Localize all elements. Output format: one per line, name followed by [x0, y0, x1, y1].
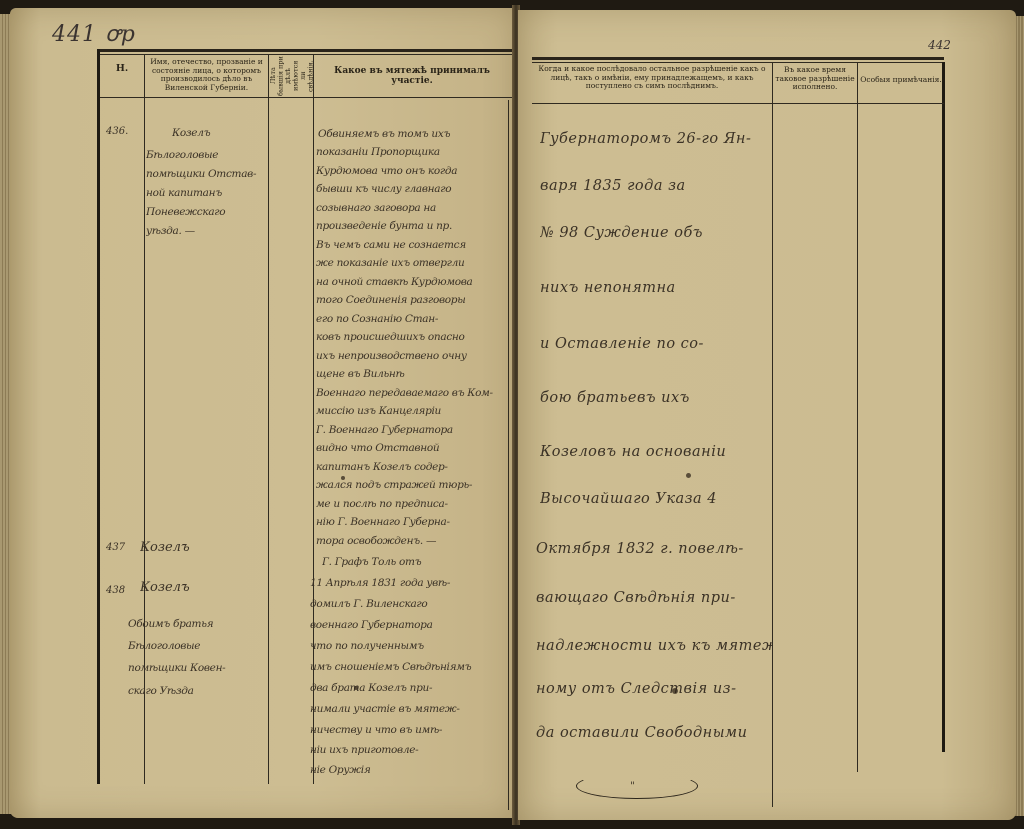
role-line: созывнаго заговора на [316, 202, 508, 214]
role-line: капитанъ Козелъ содер- [316, 461, 508, 473]
table-top-thin-rule [100, 54, 512, 55]
ink-spot [686, 473, 691, 478]
entry-number: 437 [106, 542, 125, 553]
closing-flourish [576, 773, 698, 799]
header-resolution: Когда и какое послѣдовало остальное разр… [532, 65, 772, 91]
header-no: Н. [100, 64, 144, 75]
role-line: ихъ непроизводствено очну [316, 350, 508, 362]
header-bottom-rule [100, 97, 512, 98]
role-line: военнаго Губернатора [310, 619, 508, 631]
header-years: Лѣта бывшія при дѣлѣ имѣются ли свѣдѣнія… [270, 56, 312, 96]
role-line: ніи ихъ приготовле- [310, 744, 508, 756]
role-line: нію Г. Военнаго Губерна- [316, 516, 508, 528]
name-line: Бѣлоголовые [146, 149, 266, 161]
resolution-line: Высочайшаго Указа 4 [540, 491, 772, 507]
role-line: того Соединенія разговоры [316, 294, 508, 306]
table-right-border [942, 62, 945, 752]
role-line: видно что Отставной [316, 442, 508, 454]
role-line: ничеству и что въ имѣ- [310, 724, 508, 736]
col-divider-2 [268, 54, 269, 784]
role-line: имъ сношеніемъ Свѣдѣніямъ [310, 661, 508, 673]
role-line: домилъ Г. Виленскаго [310, 598, 508, 610]
name-line: Обоимъ братья [128, 618, 266, 630]
header-name: Имя, отечество, прозваніе и состояніе ли… [146, 58, 267, 93]
role-line: показаніи Пропорщика [316, 146, 508, 158]
resolution-line: да оставили Свободными [536, 725, 772, 741]
name-line: Поневежскаго [146, 206, 266, 218]
role-line: Г. Военнаго Губернатора [316, 424, 508, 436]
role-line: 11 Апрѣля 1831 года увѣ- [310, 577, 508, 589]
entry-437-name: Козелъ [140, 540, 260, 555]
entry-number: 436. [106, 126, 128, 137]
resolution-line: Губернаторомъ 26-го Ян- [540, 131, 772, 147]
open-ledger-book: 441 ꝍр Н. Имя, отечество, прозваніе и со… [0, 0, 1024, 829]
role-line: два брата Козелъ при- [310, 682, 508, 694]
ink-spot [354, 686, 358, 690]
right-page-number: 442 [928, 38, 951, 52]
name-line: помѣщики Отстав- [146, 168, 266, 180]
name-line: Козелъ [172, 127, 267, 139]
name-line: Бѣлоголовые [128, 640, 266, 652]
left-page-number: 441 ꝍр [52, 18, 136, 48]
table-top-rule [532, 57, 944, 60]
name-line: Козелъ [140, 580, 266, 595]
role-line: Военнаго передаваемаго въ Ком- [316, 387, 508, 399]
header-role: Какое въ мятежѣ принималъ участіе. [316, 66, 508, 87]
header-executed: Въ какое время таковое разрѣшеніе исполн… [774, 66, 856, 92]
closing-mark: " [630, 780, 635, 792]
role-line: же показаніе ихъ отвергли [316, 257, 508, 269]
resolution-line: бою братьевъ ихъ [540, 390, 772, 406]
name-line: уѣзда. — [146, 225, 266, 237]
role-line: ніе Оружія [310, 764, 508, 776]
role-line: ме и послѣ по предписа- [316, 498, 508, 510]
role-line: произведеніе бунта и пр. [316, 220, 508, 232]
role-line: Обвиняемъ въ томъ ихъ [318, 128, 508, 140]
ink-spot [341, 476, 345, 480]
table-top-thin-rule [532, 62, 944, 63]
header-bottom-rule [532, 103, 944, 104]
role-line: тора освобожденъ. — [316, 535, 508, 547]
role-line: бывши къ числу главнаго [316, 183, 508, 195]
entry-number: 438 [106, 585, 125, 596]
table-left-border [97, 49, 100, 784]
name-line: помѣщики Ковен- [128, 662, 266, 674]
role-line: нимали участіе въ мятеж- [310, 703, 508, 715]
resolution-line: вающаго Свѣдѣнія при- [536, 590, 772, 606]
resolution-line: № 98 Суждение объ [540, 225, 772, 241]
role-line: миссію изъ Канцеляріи [316, 405, 508, 417]
header-notes: Особыя примѣчанія. [860, 76, 942, 85]
role-line: Г. Графъ Толь отъ [322, 556, 508, 568]
role-line: Въ чемъ сами не сознается [316, 239, 508, 251]
resolution-line: ному отъ Следствія из- [536, 681, 772, 697]
resolution-line: Козеловъ на основаніи [540, 444, 772, 460]
resolution-line: надлежности ихъ къ мятеж- [536, 638, 772, 654]
col-divider-3 [313, 54, 314, 784]
col-divider-1 [144, 54, 145, 784]
ink-spot [672, 688, 678, 694]
role-line: на очной ставкѣ Курдюмова [316, 276, 508, 288]
resolution-line: Октября 1832 г. повелѣ- [536, 541, 772, 557]
resolution-line: и Оставленіе по со- [540, 336, 772, 352]
col-divider-5 [772, 62, 773, 807]
table-top-rule [100, 49, 512, 52]
resolution-line: нихъ непонятна [540, 280, 772, 296]
resolution-line: варя 1835 года за [540, 178, 772, 194]
col-divider-6 [857, 62, 858, 772]
role-line: жался подъ стражей тюрь- [316, 479, 508, 491]
role-line: что по полученнымъ [310, 640, 508, 652]
col-divider-4 [508, 100, 509, 810]
role-line: Курдюмова что онъ когда [316, 165, 508, 177]
name-line: ной капитанъ [146, 187, 266, 199]
name-line: скаго Уѣзда [128, 685, 266, 697]
role-line: щене въ Вильнѣ [316, 368, 508, 380]
role-line: ковъ происшедшихъ опасно [316, 331, 508, 343]
role-line: его по Сознанію Стан- [316, 313, 508, 325]
